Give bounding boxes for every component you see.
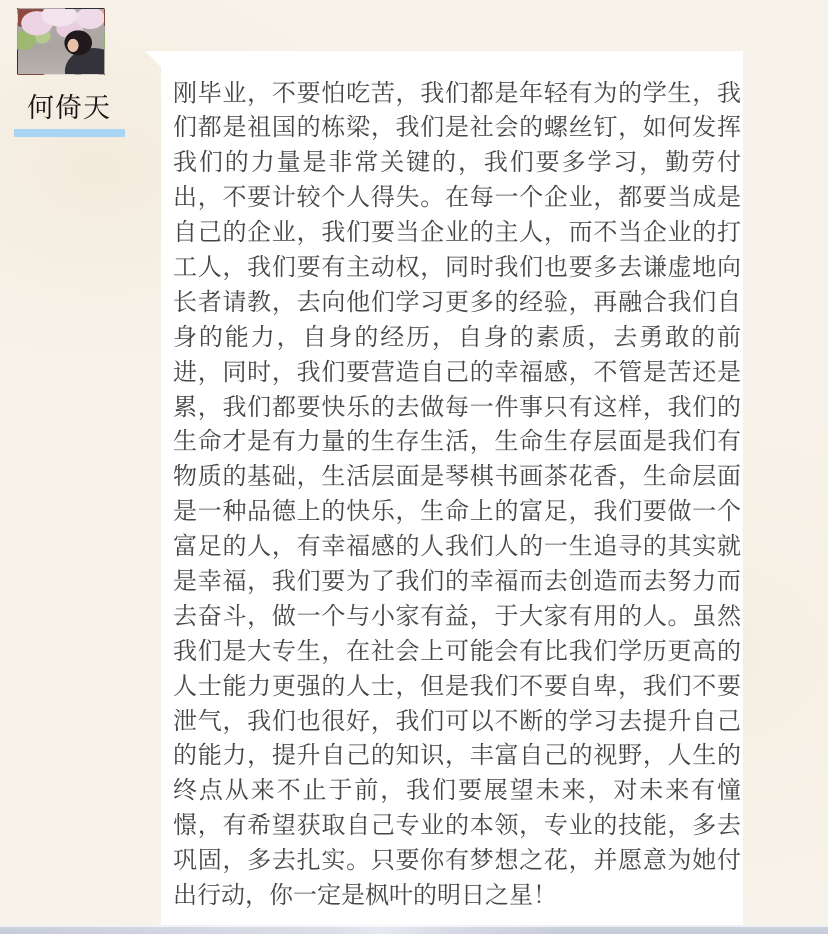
message-line: 刚毕业，不要怕吃苦，我们都是年轻有为的学生，我 bbox=[173, 76, 741, 111]
message-line: 生命才是有力量的生存生活，生命生存层面是我们有 bbox=[173, 424, 741, 459]
message-line: 出，不要计较个人得失。在每一个企业，都要当成是 bbox=[173, 180, 741, 215]
message-line: 我们是大专生，在社会上可能会有比我们学历更高的 bbox=[173, 634, 741, 669]
chat-page: 何倚天 刚毕业，不要怕吃苦，我们都是年轻有为的学生，我们都是祖国的栋梁，我们是社… bbox=[0, 0, 828, 934]
name-underline bbox=[14, 129, 125, 137]
message-line: 物质的基础，生活层面是琴棋书画茶花香，生命层面 bbox=[173, 459, 741, 494]
message-text: 刚毕业，不要怕吃苦，我们都是年轻有为的学生，我们都是祖国的栋梁，我们是社会的螺丝… bbox=[173, 51, 741, 913]
message-line: 终点从来不止于前，我们要展望未来，对未来有憧 bbox=[173, 773, 741, 808]
message-line: 我们的力量是非常关键的，我们要多学习，勤劳付 bbox=[173, 145, 741, 180]
message-line: 泄气，我们也很好，我们可以不断的学习去提升自己 bbox=[173, 704, 741, 739]
message-line: 进，同时，我们要营造自己的幸福感，不管是苦还是 bbox=[173, 355, 741, 390]
message-line: 富足的人，有幸福感的人我们人的一生追寻的其实就 bbox=[173, 529, 741, 564]
message-bubble: 刚毕业，不要怕吃苦，我们都是年轻有为的学生，我们都是祖国的栋梁，我们是社会的螺丝… bbox=[145, 51, 743, 925]
message-line: 巩固，多去扎实。只要你有梦想之花，并愿意为她付 bbox=[173, 843, 741, 878]
message-line: 长者请教，去向他们学习更多的经验，再融合我们自 bbox=[173, 285, 741, 320]
sender-name: 何倚天 bbox=[0, 93, 138, 125]
message-line: 出行动，你一定是枫叶的明日之星！ bbox=[173, 878, 741, 913]
message-line: 人士能力更强的人士，但是我们不要自卑，我们不要 bbox=[173, 669, 741, 704]
message-line: 去奋斗，做一个与小家有益，于大家有用的人。虽然 bbox=[173, 599, 741, 634]
avatar[interactable] bbox=[17, 8, 105, 75]
window-bottom-bar bbox=[0, 925, 828, 934]
message-line: 工人，我们要有主动权，同时我们也要多去谦虚地向 bbox=[173, 250, 741, 285]
message-line: 憬，有希望获取自己专业的本领，专业的技能，多去 bbox=[173, 808, 741, 843]
message-line: 的能力，提升自己的知识，丰富自己的视野，人生的 bbox=[173, 738, 741, 773]
message-line: 累，我们都要快乐的去做每一件事只有这样，我们的 bbox=[173, 390, 741, 425]
message-line: 身的能力，自身的经历，自身的素质，去勇敢的前 bbox=[173, 320, 741, 355]
message-line: 是幸福，我们要为了我们的幸福而去创造而去努力而 bbox=[173, 564, 741, 599]
message-line: 是一种品德上的快乐，生命上的富足，我们要做一个 bbox=[173, 494, 741, 529]
message-line: 自己的企业，我们要当企业的主人，而不当企业的打 bbox=[173, 215, 741, 250]
message-line: 们都是祖国的栋梁，我们是社会的螺丝钉，如何发挥 bbox=[173, 110, 741, 145]
